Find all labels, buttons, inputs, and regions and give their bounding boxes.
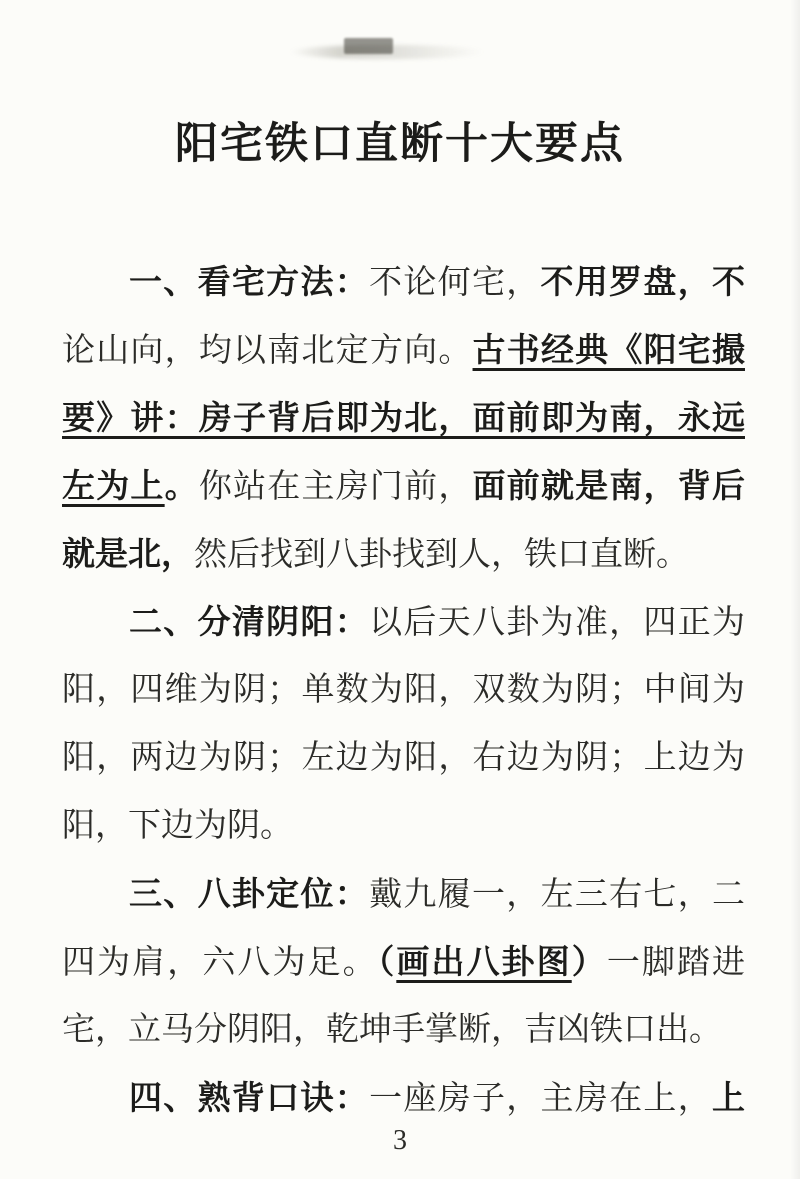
text-segment: 四为肩，六八为足。 [62, 945, 378, 981]
text-line: 四为肩，六八为足。（画出八卦图）一脚踏进 [62, 928, 745, 996]
scan-dark-bar-artifact [344, 38, 393, 54]
text-segment: 一、看宅方法： [129, 263, 369, 300]
text-line: 阳，四维为阴；单数为阳，双数为阴；中间为 [62, 656, 745, 724]
text-segment: 然后找到八卦找到人，铁口直断。 [194, 537, 689, 573]
text-segment: 。 [165, 467, 199, 504]
text-segment: 面前就是南，背后 [473, 467, 745, 504]
text-line: 阳，两边为阴；左边为阳，右边为阴；上边为 [62, 724, 745, 792]
text-segment: 上 [712, 1079, 745, 1116]
text-segment: 戴九履一，左三右七，二 [369, 877, 745, 913]
body-text: 一、看宅方法：不论何宅，不用罗盘，不论山向，均以南北定方向。古书经典《阳宅撮要》… [62, 248, 745, 1132]
text-segment: 一脚踏进 [607, 945, 745, 981]
text-line: 阳，下边为阴。 [62, 792, 745, 860]
text-segment: 宅，立马分阴阳，乾坤手掌断，吉凶铁口出。 [62, 1012, 722, 1048]
document-page: 阳宅铁口直断十大要点 一、看宅方法：不论何宅，不用罗盘，不论山向，均以南北定方向… [0, 0, 800, 1179]
text-segment: 一座房子，主房在上， [369, 1081, 712, 1117]
text-segment: ） [572, 943, 607, 980]
text-segment: 不论何宅， [369, 265, 540, 301]
text-segment: 古书经典《阳宅撮 [473, 331, 745, 368]
text-line: 三、八卦定位：戴九履一，左三右七，二 [62, 860, 745, 928]
page-title: 阳宅铁口直断十大要点 [0, 118, 800, 170]
text-segment: 画出八卦图 [396, 943, 571, 980]
text-line: 要》讲：房子背后即为北，面前即为南，永远 [62, 384, 745, 452]
text-segment: 不用罗盘，不 [541, 263, 745, 300]
text-line: 就是北，然后找到八卦找到人，铁口直断。 [62, 520, 745, 588]
text-line: 四、熟背口诀：一座房子，主房在上，上 [62, 1064, 745, 1132]
text-segment: 四、熟背口诀： [129, 1079, 369, 1116]
text-segment: 阳，两边为阴；左边为阳，右边为阴；上边为 [62, 740, 745, 776]
text-line: 左为上。你站在主房门前，面前就是南，背后 [62, 452, 745, 520]
text-segment: 左为上 [62, 467, 165, 504]
text-line: 论山向，均以南北定方向。古书经典《阳宅撮 [62, 316, 745, 384]
text-segment: 就是北， [62, 535, 194, 572]
text-segment: 二、分清阴阳： [129, 603, 369, 640]
text-segment: 要》讲：房子背后即为北，面前即为南，永远 [62, 399, 745, 436]
page-number: 3 [0, 1124, 800, 1158]
text-segment: （ [378, 943, 397, 980]
text-segment: 三、八卦定位： [129, 875, 369, 912]
text-line: 二、分清阴阳：以后天八卦为准，四正为 [62, 588, 745, 656]
text-line: 宅，立马分阴阳，乾坤手掌断，吉凶铁口出。 [62, 996, 745, 1064]
text-segment: 你站在主房门前， [199, 469, 473, 505]
text-segment: 阳，下边为阴。 [62, 808, 293, 844]
text-segment: 阳，四维为阴；单数为阳，双数为阴；中间为 [62, 672, 745, 708]
scan-smudge-artifact [290, 45, 485, 59]
text-line: 一、看宅方法：不论何宅，不用罗盘，不 [62, 248, 745, 316]
text-segment: 以后天八卦为准，四正为 [369, 605, 745, 641]
text-segment: 论山向，均以南北定方向。 [62, 333, 473, 369]
